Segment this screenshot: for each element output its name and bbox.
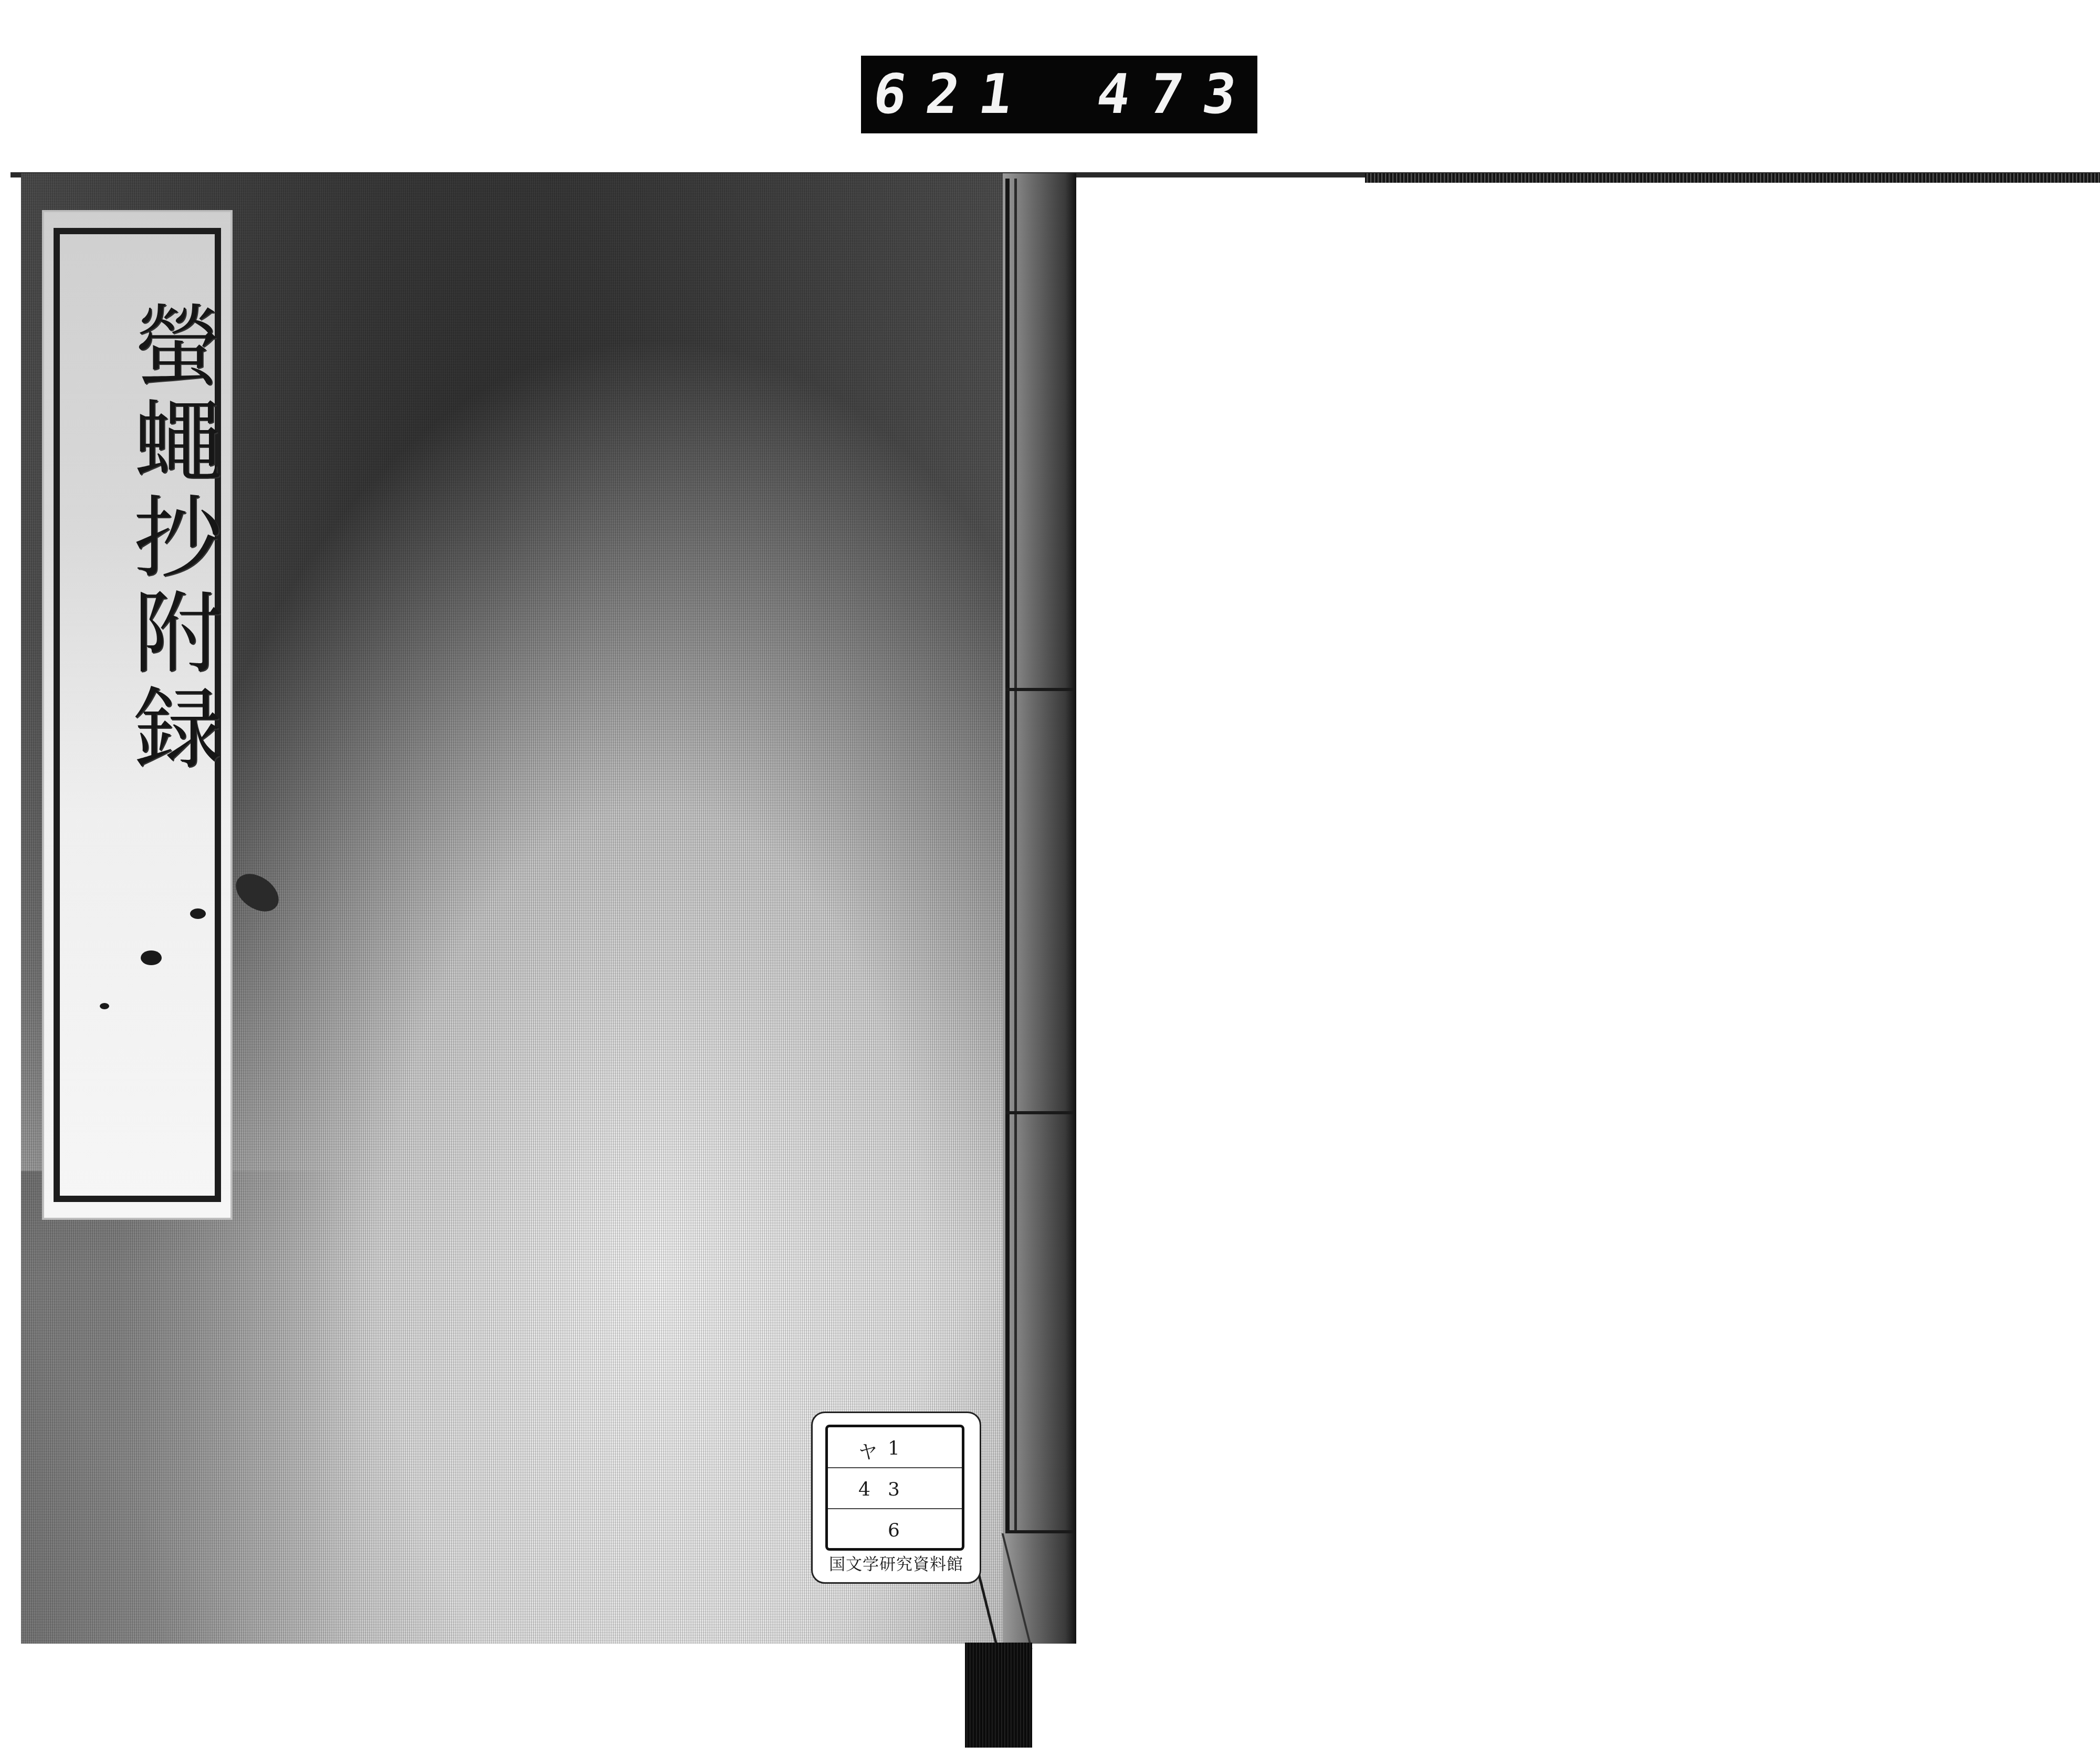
scan-edge-rule-shadow <box>1365 173 2100 183</box>
call-number-row: 4 3 <box>828 1468 962 1509</box>
spine-tail-tab <box>965 1643 1032 1748</box>
ink-blot <box>190 908 206 919</box>
binding-stitch <box>1005 1111 1074 1114</box>
binding-stitch <box>1005 688 1074 691</box>
call-number-cell: 4 <box>858 1479 870 1500</box>
reel-number-label: 621 473 <box>861 56 1257 133</box>
binding-fold-line-inner <box>1014 179 1017 1533</box>
cover-stain <box>21 1171 357 1644</box>
reel-number-left: 621 <box>869 62 1036 126</box>
reel-number-right: 473 <box>1093 62 1260 126</box>
library-stamp: ヤ 1 4 3 6 国文学研究資料館 <box>811 1412 981 1584</box>
ink-blot <box>141 950 162 965</box>
call-number-box: ヤ 1 4 3 6 <box>825 1425 964 1551</box>
title-slip-frame: 螢蠅抄附録 <box>54 228 221 1202</box>
call-number-cell: 6 <box>888 1520 900 1541</box>
institution-name: 国文学研究資料館 <box>813 1551 980 1574</box>
call-number-cell: 1 <box>888 1438 900 1459</box>
book-title: 螢蠅抄附録 <box>60 250 215 828</box>
book-spine <box>1003 173 1076 1644</box>
call-number-cell: ヤ <box>858 1438 877 1465</box>
binding-fold-line <box>1005 179 1010 1533</box>
call-number-row: ヤ 1 <box>828 1427 962 1468</box>
call-number-cell: 3 <box>888 1479 900 1500</box>
binding-stitch <box>1005 1530 1074 1533</box>
title-slip: 螢蠅抄附録 <box>42 210 233 1220</box>
ink-blot <box>100 1003 109 1009</box>
call-number-row: 6 <box>828 1509 962 1549</box>
